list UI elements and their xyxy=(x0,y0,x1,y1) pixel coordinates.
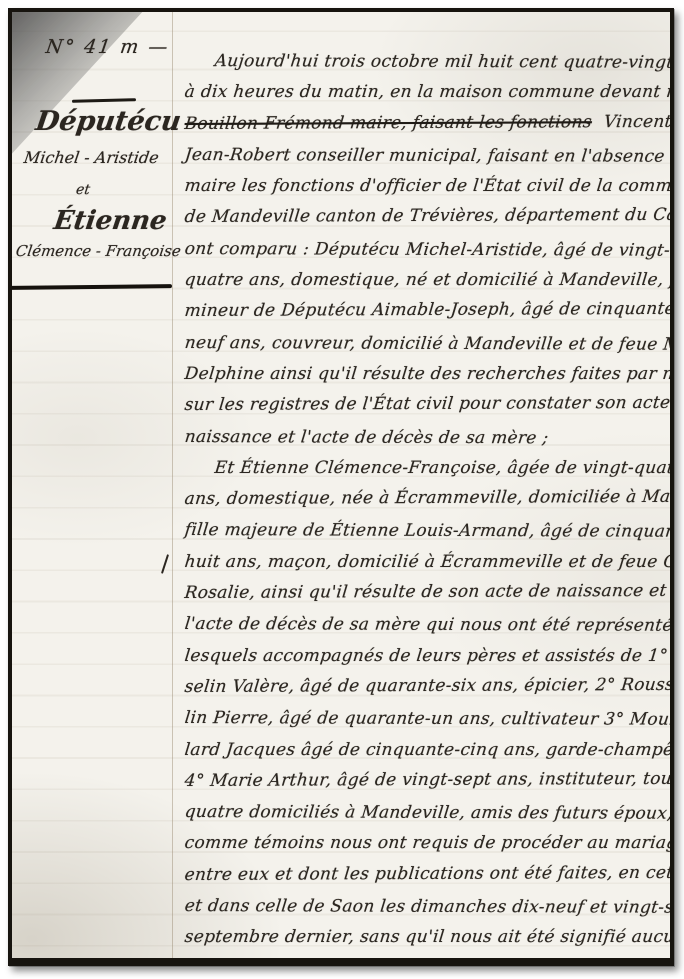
bride-given-names: Clémence - Françoise xyxy=(15,242,182,260)
text-segment: Aujourd'hui trois octobre mil huit cent … xyxy=(214,51,670,73)
manuscript-line: entre eux et dont les publications ont é… xyxy=(183,857,670,891)
manuscript-line: maire les fonctions d'officier de l'État… xyxy=(183,171,670,202)
manuscript-line: mineur de Députécu Aimable-Joseph, âgé d… xyxy=(183,294,670,328)
manuscript-line: fille majeure de Étienne Louis-Armand, â… xyxy=(183,515,670,548)
manuscript-line: 4° Marie Arthur, âgé de vingt-sept ans, … xyxy=(183,763,670,797)
text-segment: ont comparu : Députécu Michel-Aristide, … xyxy=(184,239,670,261)
text-segment: maire les fonctions d'officier de l'État… xyxy=(184,176,670,196)
manuscript-line: à dix heures du matin, en la maison comm… xyxy=(183,77,670,108)
text-segment: Rosalie, ainsi qu'il résulte de son acte… xyxy=(184,581,670,603)
manuscript-line: l'acte de décès de sa mère qui nous ont … xyxy=(183,609,670,642)
text-segment: selin Valère, âgé de quarante-six ans, é… xyxy=(184,675,670,697)
text-segment: 4° Marie Arthur, âgé de vingt-sept ans, … xyxy=(184,769,670,791)
manuscript-line: naissance et l'acte de décès de sa mère … xyxy=(183,422,670,455)
text-segment: de Mandeville canton de Trévières, dépar… xyxy=(184,205,670,227)
manuscript-line: selin Valère, âgé de quarante-six ans, é… xyxy=(183,670,670,704)
text-segment: mineur de Députécu Aimable-Joseph, âgé d… xyxy=(184,299,670,321)
paper: N° 41 m — Députécu Michel - Aristide et … xyxy=(12,12,670,958)
margin-long-rule xyxy=(12,284,172,290)
margin-short-rule xyxy=(72,98,136,103)
act-number: N° 41 m — xyxy=(44,36,171,58)
conjunction-et: et xyxy=(75,182,91,198)
text-segment: ans, domestique, née à Écrammeville, dom… xyxy=(184,487,670,509)
text-segment: neuf ans, couvreur, domicilié à Mandevil… xyxy=(184,333,670,355)
text-segment: à dix heures du matin, en la maison comm… xyxy=(184,82,670,102)
text-segment: Jean-Robert conseiller municipal, faisan… xyxy=(184,145,670,167)
groom-given-names: Michel - Aristide xyxy=(23,148,160,167)
manuscript-line: lesquels accompagnés de leurs pères et a… xyxy=(183,641,670,672)
text-segment: Et Étienne Clémence-Françoise, âgée de v… xyxy=(214,458,670,478)
manuscript-line: comme témoins nous ont requis de procéde… xyxy=(183,828,670,859)
scanned-page: N° 41 m — Députécu Michel - Aristide et … xyxy=(0,0,684,979)
text-segment: lard Jacques âgé de cinquante-cinq ans, … xyxy=(184,740,670,760)
manuscript-body: Aujourd'hui trois octobre mil huit cent … xyxy=(183,46,670,954)
manuscript-line: huit ans, maçon, domicilié à Écrammevill… xyxy=(183,547,670,578)
manuscript-line: lard Jacques âgé de cinquante-cinq ans, … xyxy=(183,735,670,766)
scan-frame: N° 41 m — Députécu Michel - Aristide et … xyxy=(8,8,674,966)
manuscript-line: ont comparu : Députécu Michel-Aristide, … xyxy=(183,234,670,267)
text-segment: comme témoins nous ont requis de procéde… xyxy=(184,833,670,853)
manuscript-line: lin Pierre, âgé de quarante-un ans, cult… xyxy=(183,703,670,736)
text-segment: sur les registres de l'État civil pour c… xyxy=(184,393,670,415)
manuscript-line: de Mandeville canton de Trévières, dépar… xyxy=(183,200,670,234)
manuscript-line: Bouillon Frémond maire, faisant les fonc… xyxy=(183,106,670,140)
text-segment: et dans celle de Saon les dimanches dix-… xyxy=(184,896,670,918)
manuscript-line: neuf ans, couvreur, domicilié à Mandevil… xyxy=(183,328,670,361)
manuscript-line: Jean-Robert conseiller municipal, faisan… xyxy=(183,140,670,173)
text-segment: Delphine ainsi qu'il résulte des recherc… xyxy=(184,364,670,384)
manuscript-line: sur les registres de l'État civil pour c… xyxy=(183,388,670,422)
manuscript-line: quatre domiciliés à Mandeville, amis des… xyxy=(183,797,670,830)
manuscript-line: Aujourd'hui trois octobre mil huit cent … xyxy=(183,46,670,79)
groom-surname: Députécu xyxy=(34,106,183,137)
text-segment: huit ans, maçon, domicilié à Écrammevill… xyxy=(184,552,670,572)
margin-column: N° 41 m — Députécu Michel - Aristide et … xyxy=(12,12,182,958)
struck-text: Bouillon Frémond maire, faisant les fonc… xyxy=(184,112,593,134)
manuscript-line: septembre dernier, sans qu'il nous ait é… xyxy=(183,922,670,953)
text-segment: septembre dernier, sans qu'il nous ait é… xyxy=(184,927,670,947)
manuscript-line: ans, domestique, née à Écrammeville, dom… xyxy=(183,482,670,516)
text-segment: fille majeure de Étienne Louis-Armand, â… xyxy=(184,520,670,542)
manuscript-line: quatre ans, domestique, né et domicilié … xyxy=(183,265,670,296)
manuscript-line: Et Étienne Clémence-Françoise, âgée de v… xyxy=(183,453,670,484)
manuscript-line: et dans celle de Saon les dimanches dix-… xyxy=(183,891,670,924)
text-segment: l'acte de décès de sa mère qui nous ont … xyxy=(184,614,670,636)
text-segment: Vincent xyxy=(603,111,670,131)
text-segment: entre eux et dont les publications ont é… xyxy=(184,862,670,885)
text-segment: naissance et l'acte de décès de sa mère … xyxy=(184,427,550,448)
text-segment: lin Pierre, âgé de quarante-un ans, cult… xyxy=(184,708,670,730)
text-segment: quatre domiciliés à Mandeville, amis des… xyxy=(184,802,670,824)
manuscript-line: Delphine ainsi qu'il résulte des recherc… xyxy=(183,359,670,390)
text-segment: lesquels accompagnés de leurs pères et a… xyxy=(184,646,670,666)
bride-surname: Étienne xyxy=(52,206,169,236)
manuscript-line: Rosalie, ainsi qu'il résulte de son acte… xyxy=(183,576,670,610)
text-segment: quatre ans, domestique, né et domicilié … xyxy=(184,270,670,290)
